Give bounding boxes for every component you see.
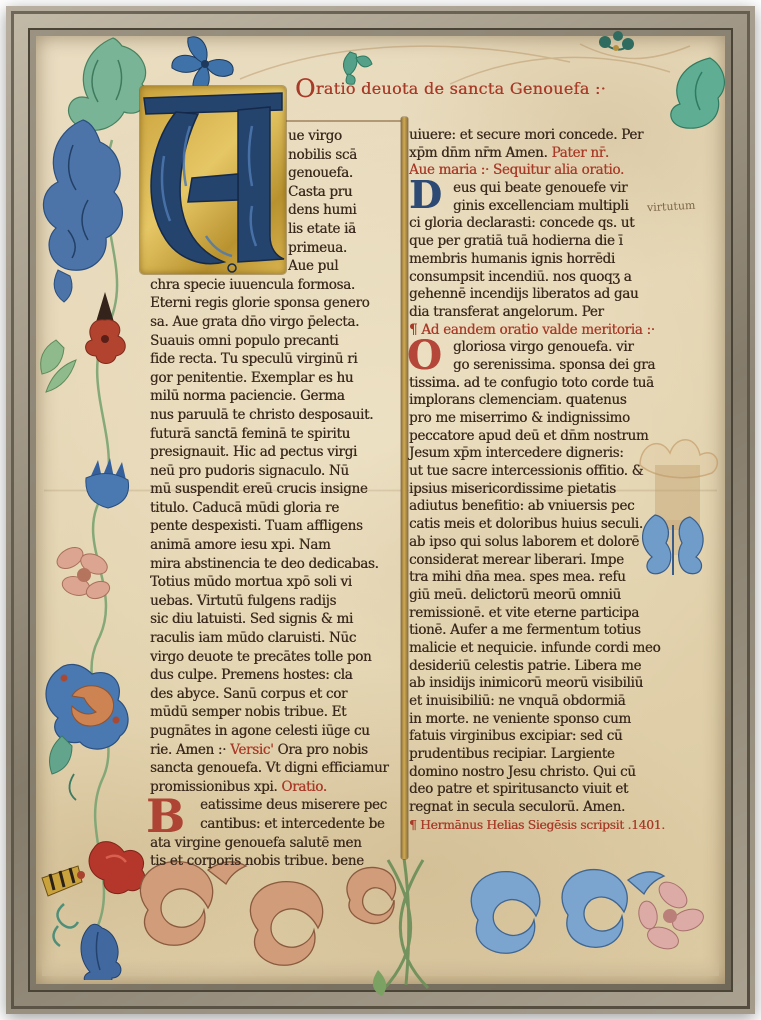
manuscript-text-line: uiuere: et secure mori concede. Per [409,127,675,145]
manuscript-text-line: animā amore iesu xpi. Nam [150,536,406,555]
manuscript-text-line: uebas. Virtutū fulgens radijs [150,592,406,611]
manuscript-text-line: ci gloria declarasti: concede qs. ut [409,215,675,233]
manuscript-text-line: tissima. ad te confugio toto corde tuā [409,375,675,393]
manuscript-text-line: eatissime deus miserere pec [150,796,406,815]
manuscript-text-line: promissionibus xpi. Oratio. [150,778,406,797]
right-text-column: uiuere: et secure mori concede. Perxp̄m … [409,127,675,835]
manuscript-text-line: neū pro pudoris signaculo. Nū [150,462,406,481]
manuscript-text-line: eus qui beate genouefe vir [409,180,675,198]
manuscript-text-line: titulo. Caducā mūdi gloria re [150,499,406,518]
manuscript-text-line: Jesum xp̄m intercedere digneris: [409,445,675,463]
teal-leaf [50,736,76,800]
manuscript-text-line: pente despexisti. Tuam affligens [150,517,406,536]
marginal-annotation: virtutum [647,199,696,215]
manuscript-text-line: chra specie iuuencula formosa. [150,276,406,295]
corner-teal-leaf [671,58,725,128]
manuscript-text-line: in morte. ne veniente sponso cum [409,711,675,729]
manuscript-text-line: tra mihi dn̄a mea. spes mea. refu [409,569,675,587]
manuscript-text-line: ue virgo [150,127,406,146]
manuscript-text-line: implorans clemenciam. quatenus [409,392,675,410]
manuscript-text-line: catis meis et doloribus huius seculi. [409,516,675,534]
ruling-line [286,120,402,122]
manuscript-text-line: ut tue sacre intercessionis offitio. & [409,463,675,481]
manuscript-text-line: ata virgine genouefa salutē men [150,834,406,853]
manuscript-text-line: dens humi [150,201,406,220]
manuscript-text-line: Eterni regis glorie sponsa genero [150,294,406,313]
manuscript-text-line: membris humanis ignis horrēdi [409,251,675,269]
manuscript-text-line: nus paruulā te christo desposauit. [150,406,406,425]
manuscript-text-line: adiutus benefitio: ab vniuersis pec [409,498,675,516]
manuscript-text-line: Aue pul [150,257,406,276]
manuscript-text-line: sancta genouefa. Vt digni efficiamur [150,759,406,778]
manuscript-text-line: des abyce. Sanū corpus et cor [150,685,406,704]
drop-initial-D: D [409,176,442,214]
manuscript-text-line: ¶ Ad eandem oratio valde meritoria :· [409,322,675,340]
left-text-column: ue virgonobilis scāgenouefa.Casta pruden… [150,127,406,871]
manuscript-text-line: mūdū semper nobis tribue. Et [150,703,406,722]
title-text: ratio deuota de sancta Genouefa :· [316,79,606,98]
green-leaves [41,340,76,392]
blue-acanthus-scroll [471,870,664,954]
manuscript-text-line: Suauis omni populo precanti [150,332,406,351]
manuscript-text-line: mū suspendit ereū crucis insigne [150,480,406,499]
salmon-flower [53,543,112,601]
manuscript-text-line: milū norma paciencie. Germa [150,387,406,406]
manuscript-text-line: lis etate iā [150,220,406,239]
manuscript-text-line: ginis excellenciam multipli [409,198,675,216]
manuscript-text-line: go serenissima. sponsa dei gra [409,357,675,375]
manuscript-text-line: sa. Aue grata dn̄o virgo p̄electa. [150,313,406,332]
manuscript-text-line: primeua. [150,239,406,258]
manuscript-text-line: futurā sanctā feminā te spiritu [150,425,406,444]
manuscript-text-line: raculis iam mūdo claruisti. Nūc [150,629,406,648]
manuscript-text-line: rie. Amen :· Versic' Ora pro nobis [150,741,406,760]
framed-manuscript-photo: Oratio deuota de sancta Genouefa :· ue v… [0,0,761,1020]
manuscript-text-line: pugnātes in agone celesti iūge cu [150,722,406,741]
manuscript-text-line: gehennē incendijs liberatos ad gau [409,286,675,304]
left-border-floral-ornament [28,30,158,980]
blue-thistle-flower [86,458,129,508]
bottom-border-acanthus-scroll [88,850,716,1005]
manuscript-text-line: Totius mūdo mortua xpō soli vi [150,573,406,592]
manuscript-text-line: malicie et nequicie. infunde cordi meo [409,640,675,658]
manuscript-text-line: domino nostro Jesu christo. Qui cū [409,764,675,782]
manuscript-text-line: cantibus: et intercedente be [150,815,406,834]
manuscript-text-line: considerat merear liberari. Impe [409,552,675,570]
manuscript-text-line: regnat in secula seculorū. Amen. [409,799,675,817]
manuscript-text-line: tis et corporis nobis tribue. bene [150,852,406,871]
manuscript-text-line: dia transferat angelorum. Per [409,304,675,322]
manuscript-text-line: xp̄m dn̄m nr̄m Amen. Pater nr̄. [409,145,675,163]
drop-initial-B: B [146,793,185,839]
dark-sprig [599,31,634,51]
manuscript-text-line: mira abstinencia te deo dedicabas. [150,555,406,574]
manuscript-text-line: sic diu latuisti. Sed signis & mi [150,610,406,629]
manuscript-text-line: pro me miserrimo & indignissimo [409,410,675,428]
manuscript-text-line: desideriū celestis patrie. Libera me [409,658,675,676]
salmon-acanthus-scroll [140,862,395,966]
manuscript-text-line: remissionē. et vite eterne participa [409,605,675,623]
manuscript-text-line: et inuisibiliū: ne vnquā obdormiā [409,693,675,711]
manuscript-text-line: gor penitentie. Exemplar es hu [150,369,406,388]
manuscript-text-line: Casta pru [150,183,406,202]
manuscript-text-line: fatuis virginibus excipiar: sed cū [409,728,675,746]
manuscript-text-line: ab insidijs inimicorū meorū visibiliū [409,675,675,693]
teal-curls [53,904,78,946]
drop-initial-O: O [407,336,442,376]
manuscript-text-line: virgo deuote te precātes tolle pon [150,648,406,667]
manuscript-text-line: deo patre et spiritusancto viuit et [409,781,675,799]
manuscript-text-line: peccatore apud deū et dn̄m nostrum [409,428,675,446]
manuscript-text-line: nobilis scā [150,146,406,165]
manuscript-text-line: ¶ Hermānus Helias Siegēsis scripsit .140… [409,817,675,835]
page-title-rubric: Oratio deuota de sancta Genouefa :· [295,74,606,103]
red-flower [86,292,126,364]
manuscript-text-line: que per gratiā tuā hodierna die ī [409,233,675,251]
manuscript-text-line: Aue maria :· Sequitur alia oratio. [409,162,675,180]
title-versal-letter: O [295,74,316,103]
blue-orange-peony [46,664,128,749]
manuscript-text-line: ipsius misericordissime pietatis [409,481,675,499]
manuscript-text-line: genouefa. [150,164,406,183]
manuscript-text-line: presignauit. Hic ad pectus virgi [150,443,406,462]
manuscript-text-line: gloriosa virgo genouefa. vir [409,339,675,357]
manuscript-text-line: giū meū. delictorū meorū omniū [409,587,675,605]
blue-sprig [172,37,233,93]
manuscript-text-line: fide recta. Tu speculū virginū ri [150,350,406,369]
manuscript-text-line: consumpsit incendiū. nos quoqʒ a [409,269,675,287]
manuscript-text-line: dus culpe. Premens hostes: cla [150,666,406,685]
manuscript-text-line: ab ipso qui solus laborem et dolorē [409,534,675,552]
manuscript-text-line: tionē. Aufer a me fermentum totius [409,622,675,640]
manuscript-text-line: prudentibus recipiar. Largiente [409,746,675,764]
